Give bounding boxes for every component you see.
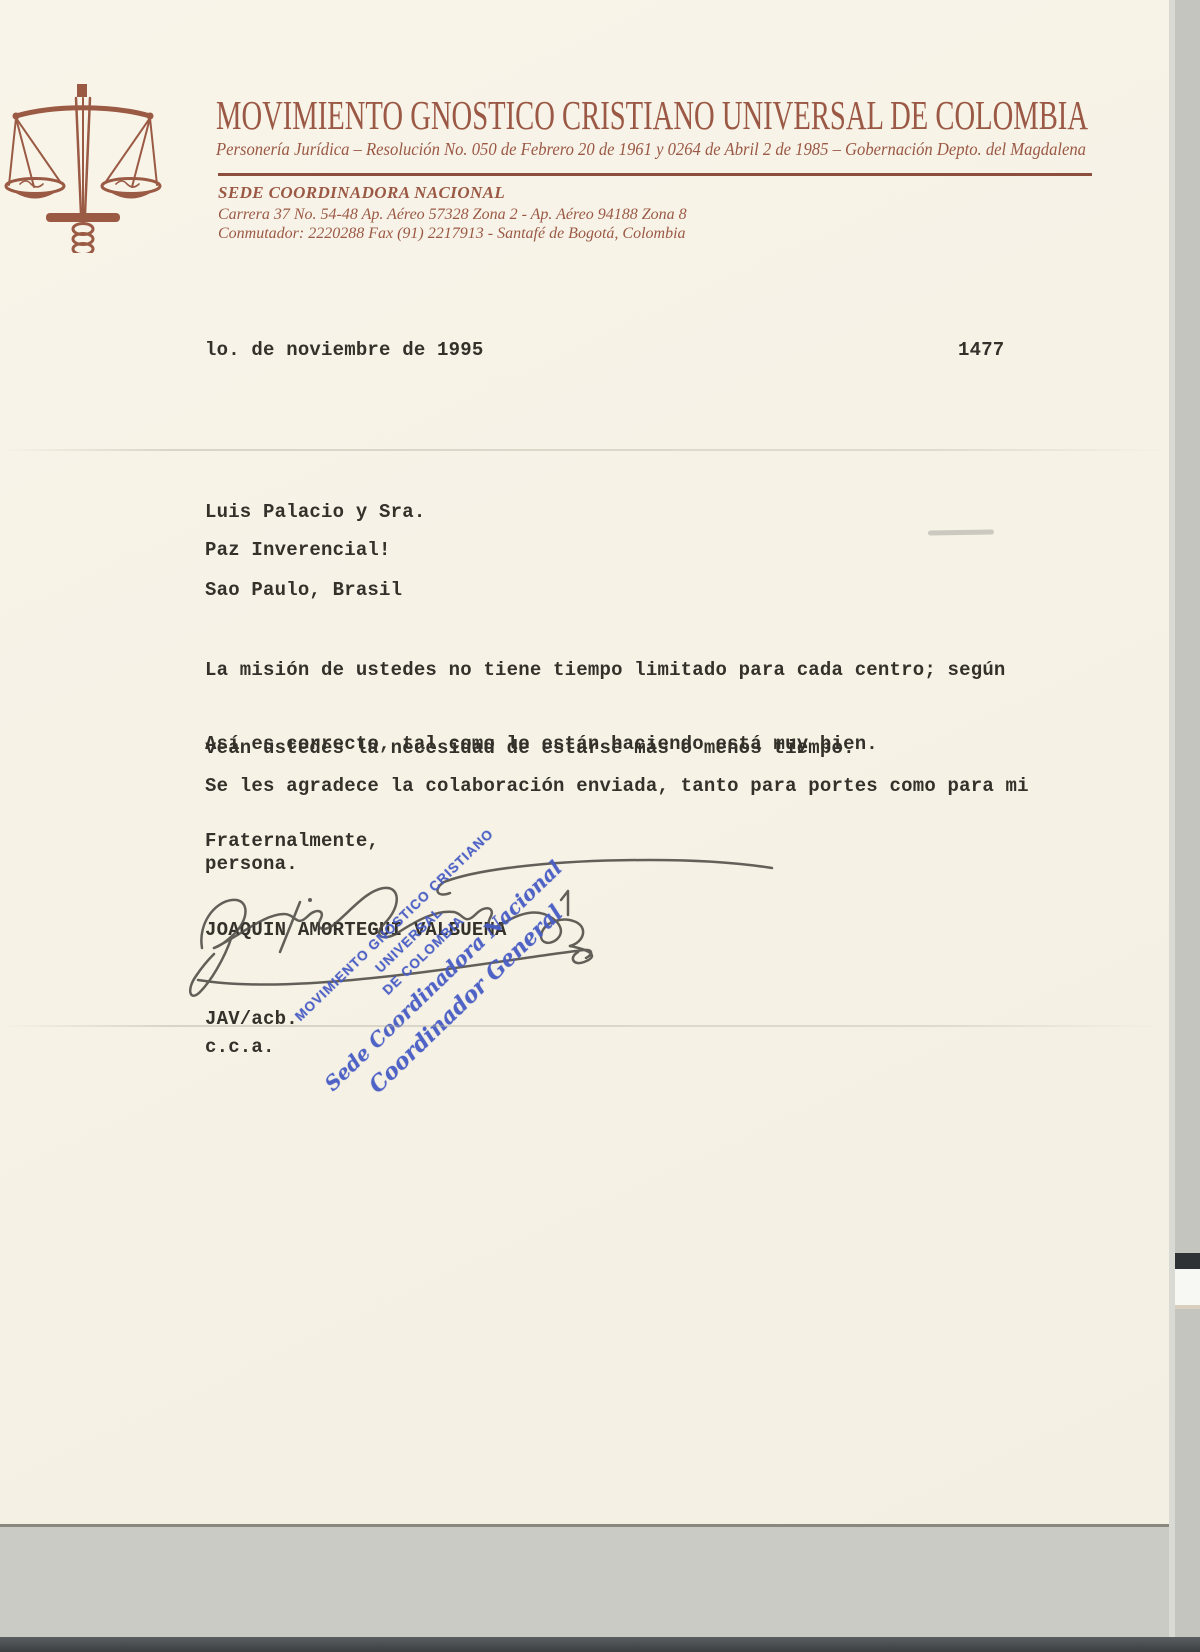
- scan-dark-band: [1175, 1253, 1200, 1269]
- recipient-name: Luis Palacio y Sra.: [205, 499, 425, 525]
- scan-right-strip: [1169, 0, 1200, 1652]
- recipient-city: Sao Paulo, Brasil: [205, 577, 425, 603]
- org-name-banner: MOVIMIENTO GNOSTICO CRISTIANO UNIVERSAL …: [214, 92, 1094, 140]
- scales-sword-icon: [4, 58, 162, 253]
- address-block: Carrera 37 No. 54-48 Ap. Aéreo 57328 Zon…: [218, 205, 687, 243]
- scan-smudge: [928, 529, 994, 535]
- header-rule: [218, 173, 1092, 176]
- date-line: lo. de noviembre de 1995: [205, 339, 483, 361]
- salutation: Paz Inverencial!: [205, 539, 391, 561]
- office-title: SEDE COORDINADORA NACIONAL: [218, 183, 505, 203]
- fold-line: [0, 449, 1169, 451]
- fold-line: [0, 1025, 1169, 1027]
- reference-number: 1477: [958, 339, 1004, 361]
- org-name-title: MOVIMIENTO GNOSTICO CRISTIANO UNIVERSAL …: [216, 92, 1088, 138]
- paragraph-line: Se les agradece la colaboración enviada,…: [205, 773, 1029, 799]
- scan-bottom-dark-strip: [0, 1637, 1200, 1652]
- letter-paper: MOVIMIENTO GNOSTICO CRISTIANO UNIVERSAL …: [0, 0, 1169, 1526]
- legal-line-banner: Personería Jurídica – Resolución No. 050…: [214, 136, 1094, 162]
- legal-registration-line: Personería Jurídica – Resolución No. 050…: [215, 139, 1086, 159]
- scan-bottom-area: [0, 1527, 1169, 1652]
- scan-light-band: [1175, 1269, 1200, 1309]
- org-logo: [4, 58, 162, 253]
- address-line-1: Carrera 37 No. 54-48 Ap. Aéreo 57328 Zon…: [218, 205, 687, 224]
- address-line-2: Conmutador: 2220288 Fax (91) 2217913 - S…: [218, 224, 687, 243]
